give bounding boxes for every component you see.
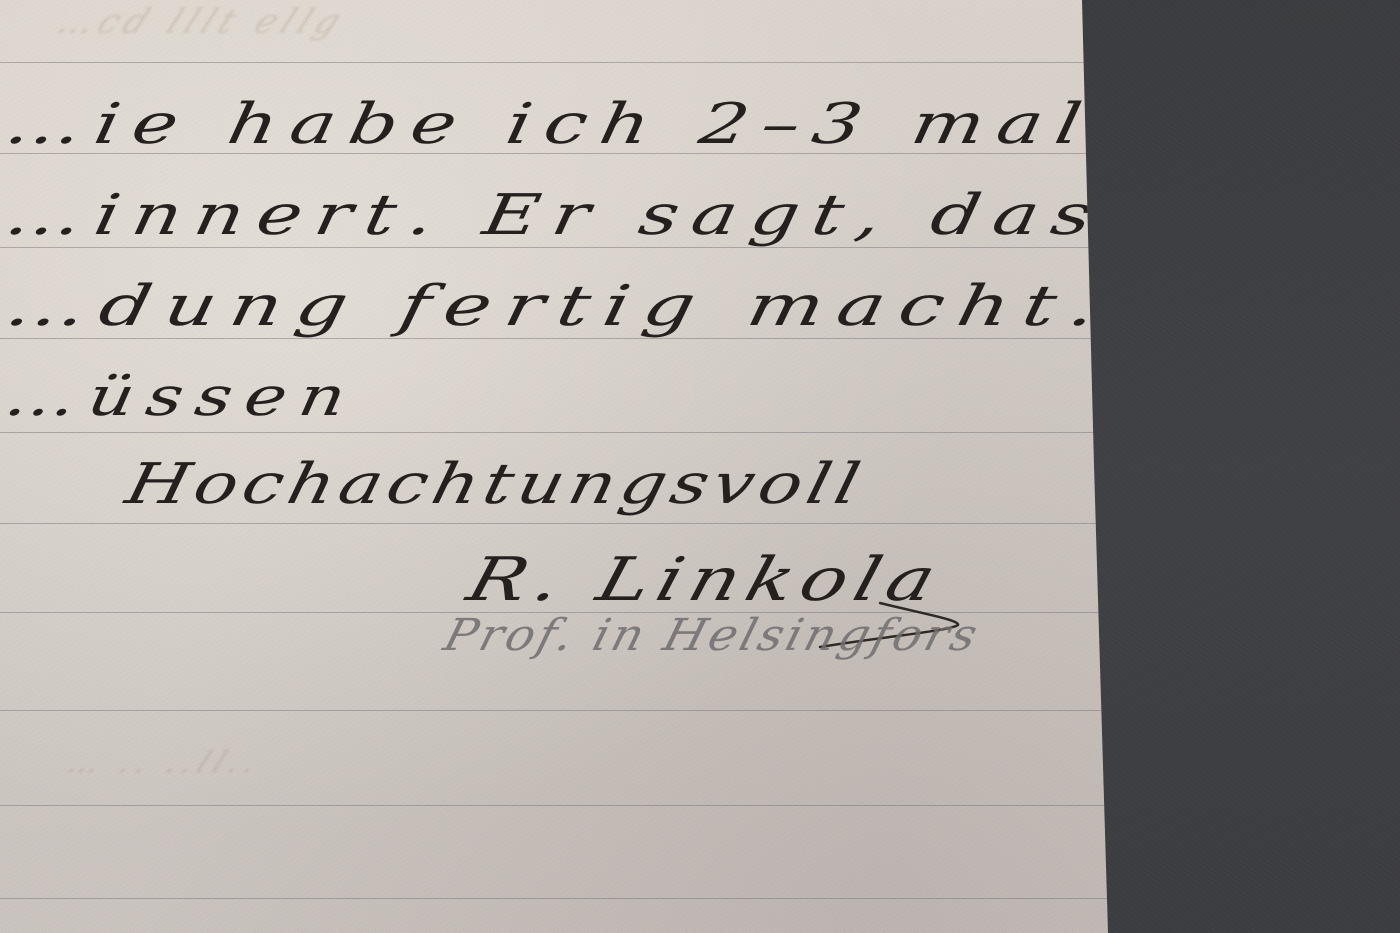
ruled-line <box>0 710 1110 711</box>
letter-closing: Hochachtungsvoll <box>120 452 871 517</box>
ruled-line <box>0 62 1110 63</box>
letter-line-4: …üssen <box>0 365 364 428</box>
letter-line-3: …dung fertig macht. <box>0 274 1116 339</box>
dark-backing-board <box>1070 0 1400 933</box>
ruled-line <box>0 523 1110 524</box>
pencil-annotation: Prof. in Helsingfors <box>438 610 986 661</box>
ruled-line <box>0 805 1110 806</box>
photo-scene: …cd lllt ellg … .. ..ll.. …ie habe ich 2… <box>0 0 1400 933</box>
ruled-line <box>0 432 1110 433</box>
bleed-through-text: … .. ..ll.. <box>62 745 270 780</box>
letter-line-1: …ie habe ich 2–3 mal <box>0 92 1100 157</box>
ruled-line <box>0 898 1110 899</box>
letter-paper: …cd lllt ellg … .. ..ll.. …ie habe ich 2… <box>0 0 1110 933</box>
bleed-through-text: …cd lllt ellg <box>51 2 354 42</box>
